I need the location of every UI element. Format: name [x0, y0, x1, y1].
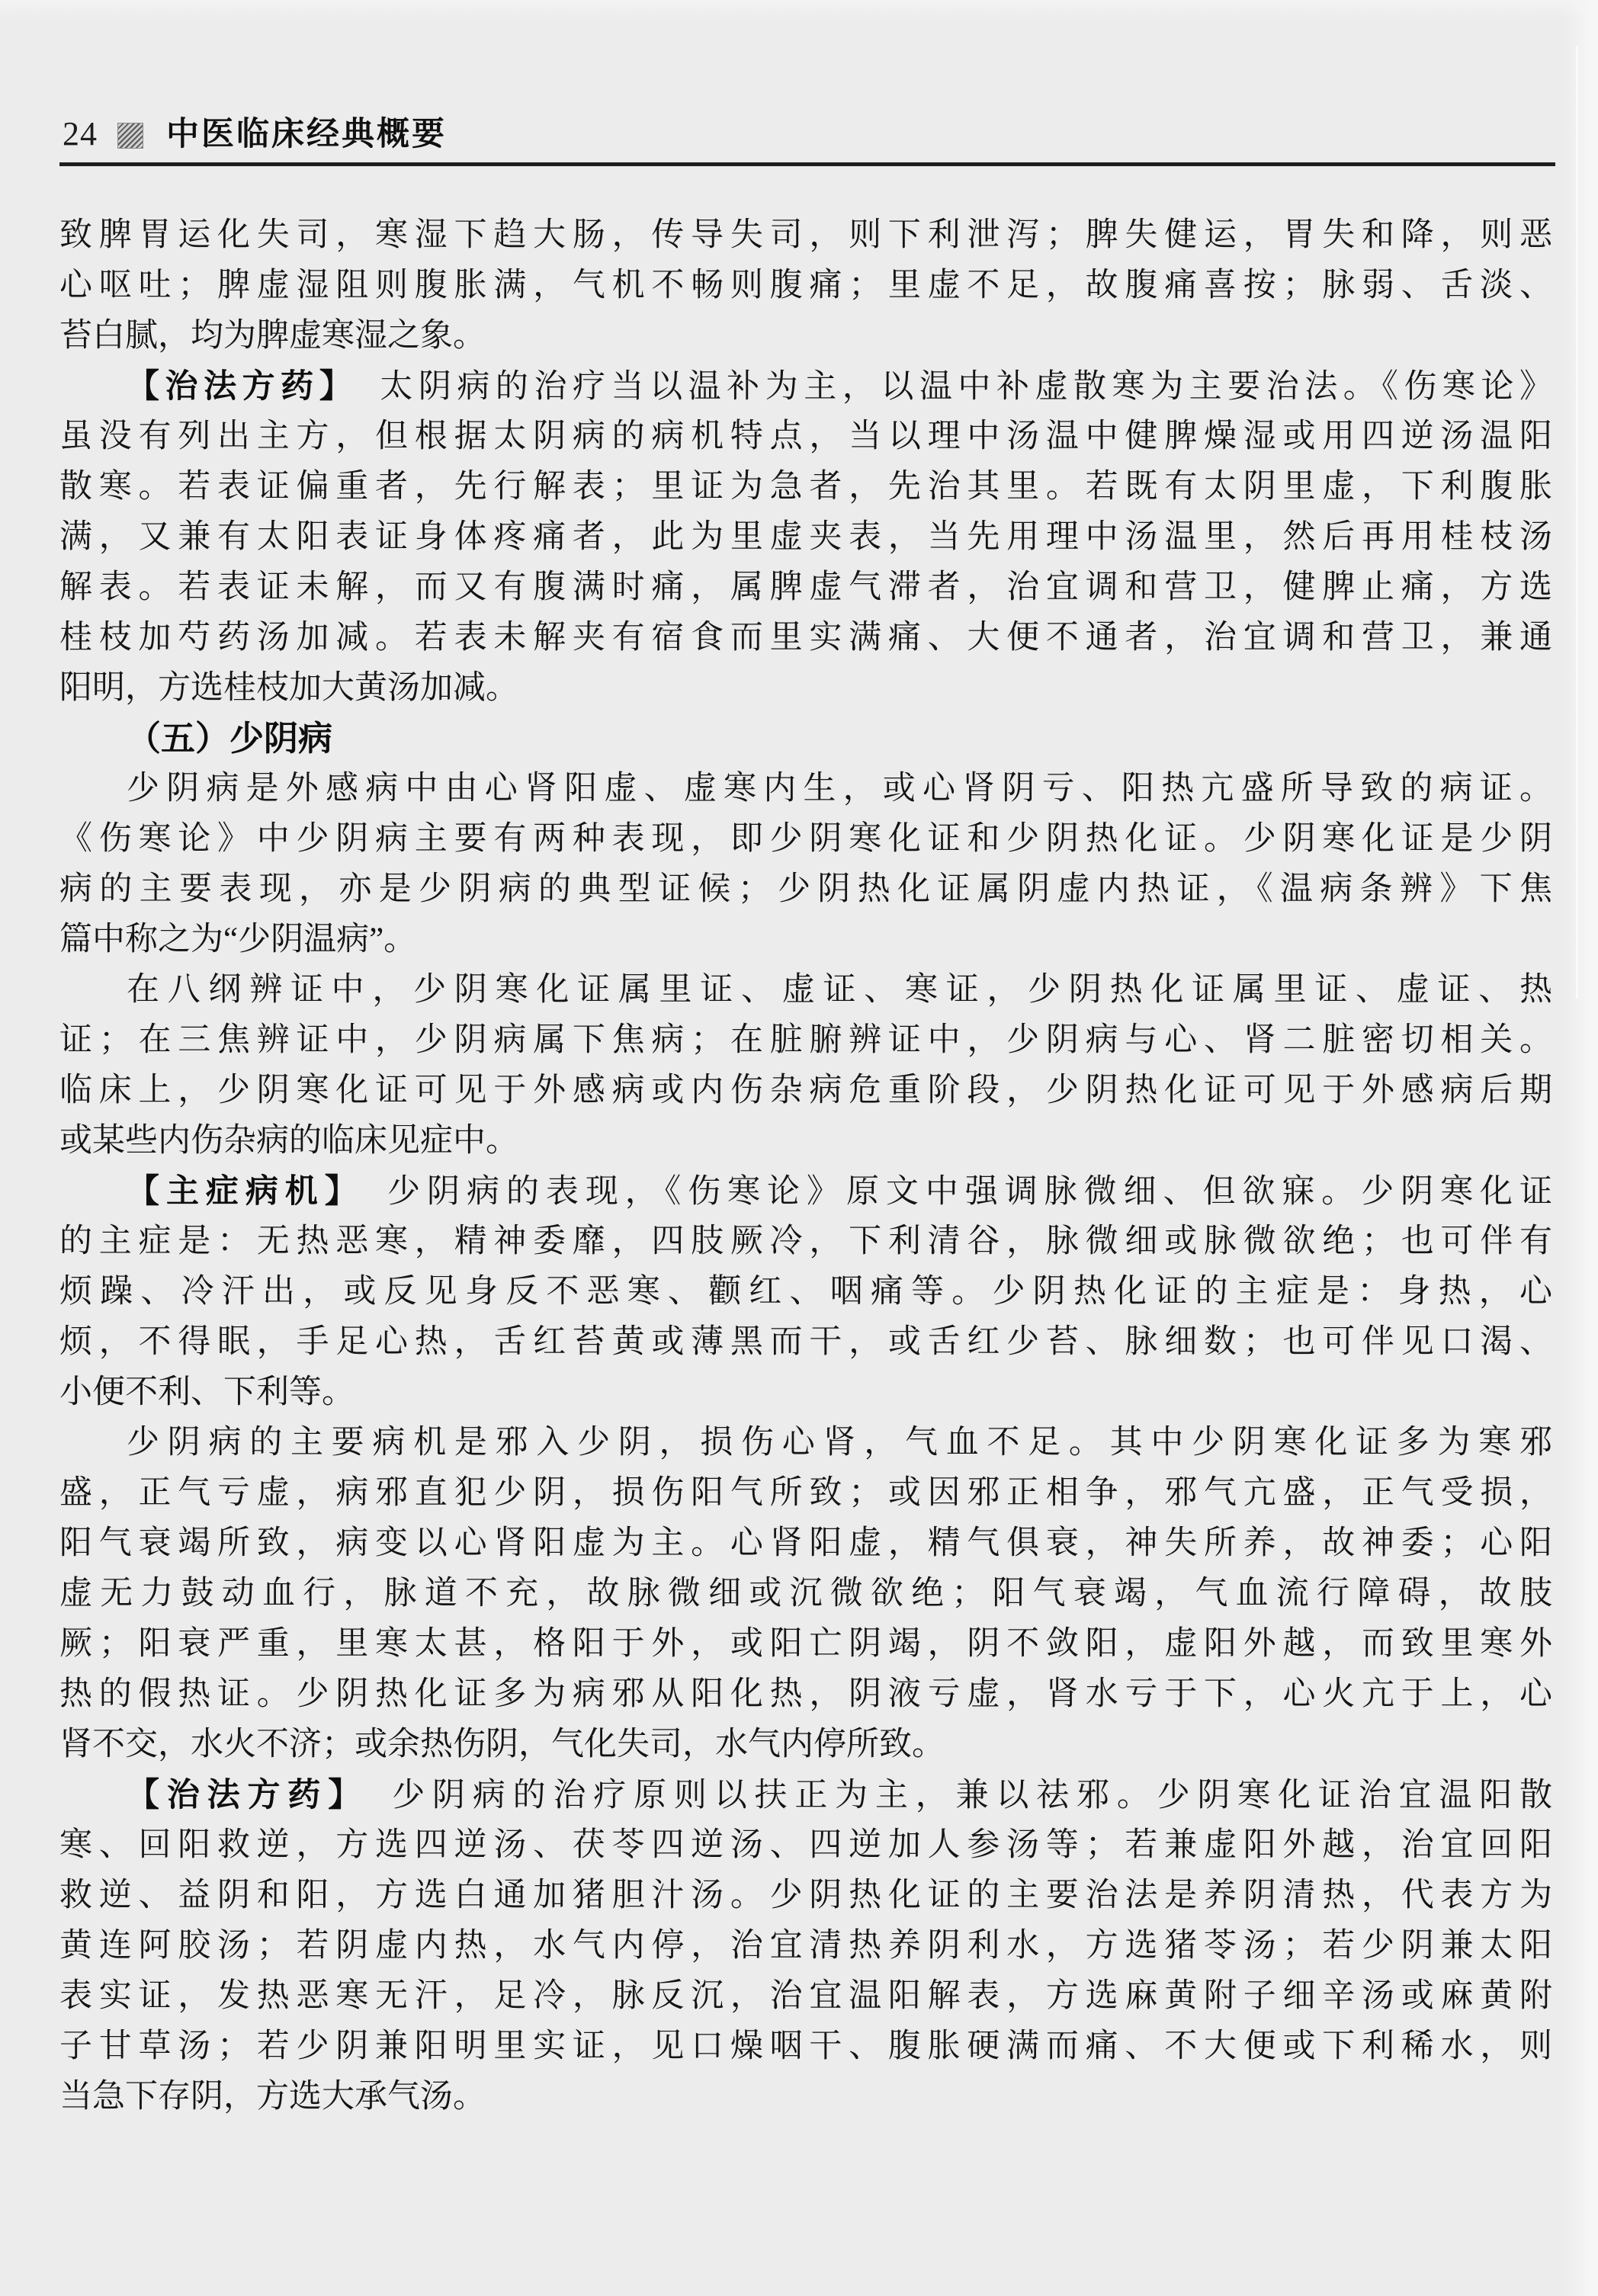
scan-edge-line	[1576, 46, 1578, 999]
text-line: 致脾胃运化失司，寒湿下趋大肠，传导失司，则下利泄泻；脾失健运，胃失和降，则恶	[59, 210, 1552, 261]
text-line: 解表。若表证未解，而又有腹满时痛，属脾虚气滞者，治宜调和营卫，健脾止痛，方选	[59, 563, 1552, 613]
text-line: 证；在三焦辨证中，少阴病属下焦病；在脏腑辨证中，少阴病与心、肾二脏密切相关。	[59, 1015, 1552, 1066]
text-line: 临床上，少阴寒化证可见于外感病或内伤杂病危重阶段，少阴热化证可见于外感病后期	[59, 1066, 1552, 1116]
text-line: 篇中称之为“少阴温病”。	[59, 915, 1552, 965]
text-line: 或某些内伤杂病的临床见症中。	[59, 1116, 1552, 1166]
text-line: 小便不利、下利等。	[59, 1368, 1552, 1418]
text-line: 桂枝加芍药汤加减。若表未解夹有宿食而里实满痛、大便不通者，治宜调和营卫，兼通	[59, 613, 1552, 663]
text-line: 【主症病机】 少阴病的表现，《伤寒论》原文中强调脉微细、但欲寐。少阴寒化证	[59, 1166, 1552, 1217]
book-page: 24 中医临床经典概要 致脾胃运化失司，寒湿下趋大肠，传导失司，则下利泄泻；脾失…	[0, 0, 1598, 2296]
text-line: 少阴病是外感病中由心肾阳虚、虚寒内生，或心肾阴亏、阳热亢盛所导致的病证。	[59, 764, 1552, 814]
text-line: 心呕吐；脾虚湿阻则腹胀满，气机不畅则腹痛；里虚不足，故腹痛喜按；脉弱、舌淡、	[59, 261, 1552, 311]
section-heading: （五）少阴病	[59, 713, 1552, 764]
text-line: 苔白腻，均为脾虚寒湿之象。	[59, 311, 1552, 361]
text-line: 救逆、益阴和阳，方选白通加猪胆汁汤。少阴热化证的主要治法是养阴清热，代表方为	[59, 1871, 1552, 1921]
text-line: 黄连阿胶汤；若阴虚内热，水气内停，治宜清热养阴利水，方选猪苓汤；若少阴兼太阳	[59, 1921, 1552, 1971]
text-line: 虚无力鼓动血行，脉道不充，故脉微细或沉微欲绝；阳气衰竭，气血流行障碍，故肢	[59, 1569, 1552, 1619]
page-header: 24 中医临床经典概要	[63, 113, 1552, 156]
text-line: 在八纲辨证中，少阴寒化证属里证、虚证、寒证，少阴热化证属里证、虚证、热	[59, 965, 1552, 1015]
hatched-square-icon	[117, 123, 143, 149]
book-title: 中医临床经典概要	[166, 113, 447, 156]
text-line: 烦，不得眠，手足心热，舌红苔黄或薄黑而干，或舌红少苔、脉细数；也可伴见口渴、	[59, 1317, 1552, 1368]
text-line: 满，又兼有太阳表证身体疼痛者，此为里虚夹表，当先用理中汤温里，然后再用桂枝汤	[59, 512, 1552, 563]
text-line: 散寒。若表证偏重者，先行解表；里证为急者，先治其里。若既有太阴里虚，下利腹胀	[59, 462, 1552, 512]
page-body-text: 致脾胃运化失司，寒湿下趋大肠，传导失司，则下利泄泻；脾失健运，胃失和降，则恶心呕…	[59, 210, 1552, 2122]
text-line: 肾不交，水火不济；或余热伤阴，气化失司，水气内停所致。	[59, 1720, 1552, 1770]
text-line: 子甘草汤；若少阴兼阳明里实证，见口燥咽干、腹胀硬满而痛、不大便或下利稀水，则	[59, 2022, 1552, 2072]
text-line: 烦躁、冷汗出，或反见身反不恶寒、颧红、咽痛等。少阴热化证的主症是：身热，心	[59, 1267, 1552, 1317]
scan-edge-right	[1563, 0, 1598, 2296]
text-line: 【治法方药】 太阴病的治疗当以温补为主，以温中补虚散寒为主要治法。《伤寒论》	[59, 361, 1552, 412]
text-line: 虽没有列出主方，但根据太阴病的病机特点，当以理中汤温中健脾燥湿或用四逆汤温阳	[59, 412, 1552, 462]
text-line: 厥；阳衰严重，里寒太甚，格阳于外，或阳亡阴竭，阴不敛阳，虚阳外越，而致里寒外	[59, 1619, 1552, 1669]
text-line: 病的主要表现，亦是少阴病的典型证候；少阴热化证属阴虚内热证，《温病条辨》下焦	[59, 864, 1552, 915]
text-line: 盛，正气亏虚，病邪直犯少阴，损伤阳气所致；或因邪正相争，邪气亢盛，正气受损，	[59, 1468, 1552, 1518]
text-line: 阳明，方选桂枝加大黄汤加减。	[59, 663, 1552, 713]
text-line: 表实证，发热恶寒无汗，足冷，脉反沉，治宜温阳解表，方选麻黄附子细辛汤或麻黄附	[59, 1971, 1552, 2022]
text-line: 《伤寒论》中少阴病主要有两种表现，即少阴寒化证和少阴热化证。少阴寒化证是少阴	[59, 814, 1552, 864]
text-line: 寒、回阳救逆，方选四逆汤、茯苓四逆汤、四逆加人参汤等；若兼虚阳外越，治宜回阳	[59, 1820, 1552, 1871]
inline-bold-label: 【治法方药】	[127, 368, 342, 405]
text-line: 的主症是：无热恶寒，精神委靡，四肢厥冷，下利清谷，脉微细或脉微欲绝；也可伴有	[59, 1217, 1552, 1267]
scan-edge-top	[0, 0, 1598, 20]
header-rule	[59, 162, 1555, 166]
text-line: 热的假热证。少阴热化证多为病邪从阳化热，阴液亏虚，肾水亏于下，心火亢于上，心	[59, 1669, 1552, 1720]
text-line: 阳气衰竭所致，病变以心肾阳虚为主。心肾阳虚，精气俱衰，神失所养，故神委；心阳	[59, 1518, 1552, 1569]
text-line: 【治法方药】 少阴病的治疗原则以扶正为主，兼以祛邪。少阴寒化证治宜温阳散	[59, 1770, 1552, 1820]
inline-bold-label: 【主症病机】	[127, 1173, 348, 1210]
text-line: 当急下存阴，方选大承气汤。	[59, 2072, 1552, 2122]
inline-bold-label: 【治法方药】	[127, 1777, 351, 1813]
text-line: 少阴病的主要病机是邪入少阴，损伤心肾，气血不足。其中少阴寒化证多为寒邪	[59, 1418, 1552, 1468]
page-number: 24	[63, 113, 98, 156]
